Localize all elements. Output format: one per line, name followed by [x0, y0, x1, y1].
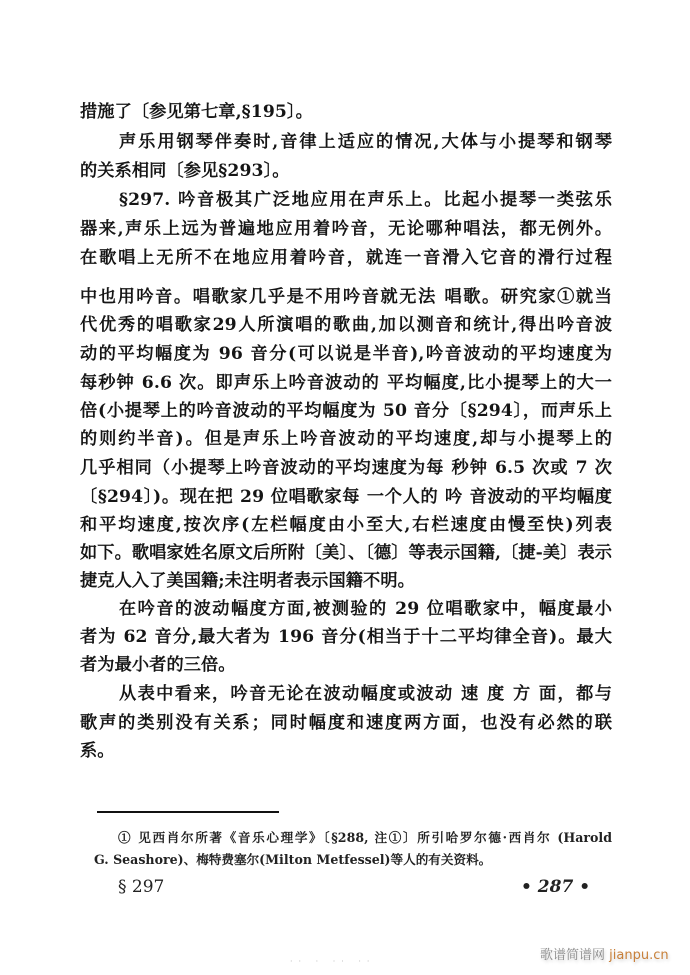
footnote-line: G. Seashore)、梅特费塞尔(Milton Metfessel)等人的有… — [94, 852, 612, 868]
watermark-site-name: 歌谱简谱网 — [540, 948, 605, 963]
text-line: 声乐用钢琴伴奏时,音律上适应的情况,大体与小提琴和钢琴 — [119, 131, 612, 153]
text-line: 每秒钟 6.6 次。即声乐上吟音波动的 平均幅度,比小提琴上的大一 — [80, 372, 612, 394]
watermark-domain: jianpu.cn — [609, 948, 668, 963]
text-line: 的关系相同〔参见§293〕。 — [80, 160, 612, 182]
text-line: 中也用吟音。唱歌家几乎是不用吟音就无法 唱歌。研究家①就当 — [80, 286, 612, 308]
text-line: 歌声的类别没有关系；同时幅度和速度两方面，也没有必然的联 — [80, 712, 612, 734]
text-line: 系。 — [80, 740, 612, 762]
text-line: 在吟音的波动幅度方面,被测验的 29 位唱歌家中，幅度最小 — [119, 598, 612, 620]
text-line: 器来,声乐上远为普遍地应用着吟音，无论哪种唱法，都无例外。 — [80, 218, 612, 240]
book-page: 措施了〔参见第七章,§195〕。 声乐用钢琴伴奏时,音律上适应的情况,大体与小提… — [0, 0, 690, 975]
section-heading-line: §297. 吟音极其广泛地应用在声乐上。比起小提琴一类弦乐 — [119, 189, 612, 211]
section-folio: § 297 — [118, 877, 164, 897]
text-line: 在歌唱上无所不在地应用着吟音，就连一音滑入它音的滑行过程 — [80, 247, 612, 269]
text-line: 如下。歌唱家姓名原文后所附〔美〕、〔德〕等表示国籍,〔捷-美〕表示 — [80, 542, 612, 564]
text-line: 倍(小提琴上的吟音波动的平均幅度为 50 音分〔§294〕，而声乐上 — [80, 400, 612, 422]
text-line: 代优秀的唱歌家29人所演唱的歌曲,加以测音和统计,得出吟音波 — [80, 314, 612, 336]
text-line: 〔§294〕)。现在把 29 位唱歌家每 一个人的 吟 音波动的平均幅度 — [80, 486, 612, 508]
text-line: 和平均速度,按次序(左栏幅度由小至大,右栏速度由慢至快)列表 — [80, 514, 612, 536]
text-line: 几乎相同（小提琴上吟音波动的平均速度为每 秒钟 6.5 次或 7 次 — [80, 457, 612, 479]
text-line: 的则约半音)。但是声乐上吟音波动的平均速度,却与小提琴上的 — [80, 428, 612, 450]
text-line: 从表中看来，吟音无论在波动幅度或波动 速 度 方 面，都与 — [119, 683, 612, 705]
page-number: • 287 • — [521, 877, 590, 897]
text-line: 捷克人入了美国籍;未注明者表示国籍不明。 — [80, 570, 612, 592]
text-line: 者为最小者的三倍。 — [80, 654, 612, 676]
text-line: 措施了〔参见第七章,§195〕。 — [80, 101, 612, 123]
text-line: 动的平均幅度为 96 音分(可以说是半音),吟音波动的平均速度为 — [80, 343, 612, 365]
footnote-divider — [97, 811, 279, 813]
watermark: 歌谱简谱网 jianpu.cn — [540, 944, 669, 963]
text-line: 者为 62 音分,最大者为 196 音分(相当于十二平均律全音)。最大 — [80, 626, 612, 648]
scan-specks: ·· · ·· ·· — [290, 957, 375, 966]
footnote-line: ① 见西肖尔所著《音乐心理学》〔§288, 注①〕所引哈罗尔德·西肖尔 (Har… — [118, 830, 612, 846]
